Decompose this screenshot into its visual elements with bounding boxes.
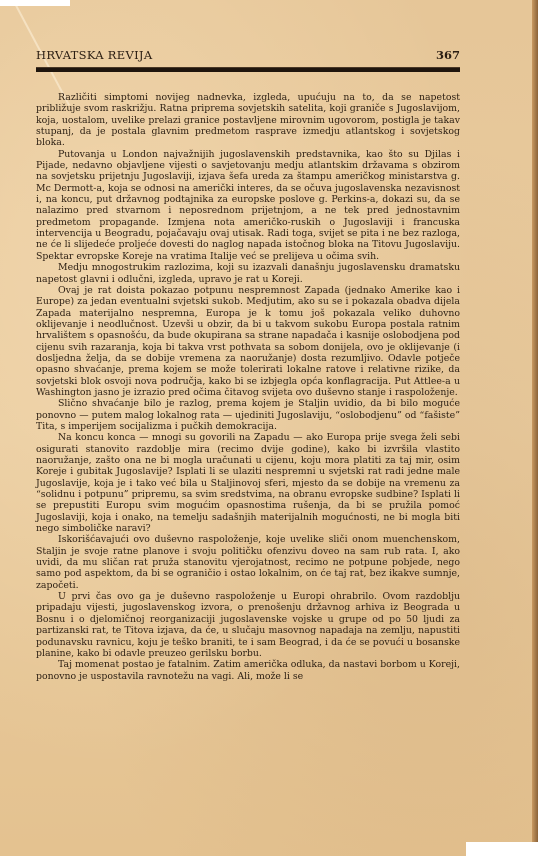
paragraph: U prvi čas ovo ga je duševno raspoloženj…: [36, 591, 460, 659]
page-edge-shadow: [532, 0, 538, 842]
paragraph: Slično shvaćanje bilo je razlog, prema k…: [36, 398, 460, 432]
scanned-page: HRVATSKA REVIJA 367 Različiti simptomi n…: [0, 0, 538, 856]
paragraph: Na koncu konca — mnogi su govorili na Za…: [36, 432, 460, 534]
page-number: 367: [436, 48, 460, 62]
paragraph: Medju mnogostrukim razlozima, koji su iz…: [36, 262, 460, 285]
paragraph: Različiti simptomi novijeg nadnevka, izg…: [36, 92, 460, 149]
paragraph: Putovanja u London najvažnijih jugoslave…: [36, 149, 460, 262]
paragraph: Taj momenat postao je fatalnim. Zatim am…: [36, 659, 460, 682]
journal-title: HRVATSKA REVIJA: [36, 48, 152, 62]
scan-background-corner: [0, 0, 70, 6]
paragraph: Iskorišćavajući ovo duševno raspoloženje…: [36, 534, 460, 591]
scan-background-corner: [466, 842, 538, 856]
running-header: HRVATSKA REVIJA 367: [36, 48, 460, 62]
paragraph: Ovaj je rat doista pokazao potpunu nespr…: [36, 285, 460, 398]
article-body: Različiti simptomi novijeg nadnevka, izg…: [36, 92, 460, 682]
header-rule: [36, 67, 460, 72]
